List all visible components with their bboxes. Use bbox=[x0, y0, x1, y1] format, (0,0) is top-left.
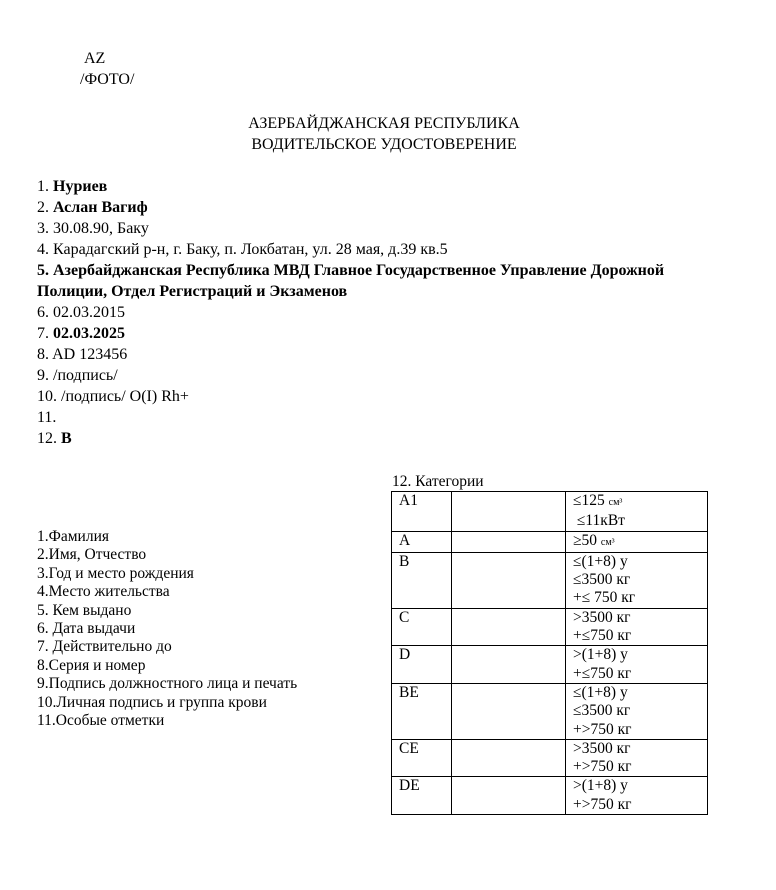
field-number: 10. bbox=[37, 388, 57, 405]
table-row: D>(1+8) у+≤750 кг bbox=[392, 646, 708, 684]
category-limit: +>750 кг bbox=[573, 758, 701, 776]
category-limits: ≤125 см³ ≤11кВт bbox=[566, 492, 708, 532]
field-number: 7. bbox=[37, 325, 49, 342]
category-note bbox=[452, 492, 566, 532]
field-value: Нуриев bbox=[53, 178, 107, 195]
field-issuer: 5. Азербайджанская Республика МВД Главно… bbox=[37, 260, 687, 302]
category-limit: ≤125 см³ bbox=[573, 492, 701, 512]
field-number: 1. bbox=[37, 178, 49, 195]
legend-item: 10.Личная подпись и группа крови bbox=[37, 694, 297, 712]
category-limit: >3500 кг bbox=[573, 609, 701, 627]
table-row: BE≤(1+8) у≤3500 кг+>750 кг bbox=[392, 683, 708, 739]
title-line-country: АЗЕРБАЙДЖАНСКАЯ РЕСПУБЛИКА bbox=[0, 113, 768, 134]
category-limit: +>750 кг bbox=[573, 796, 701, 814]
field-issue-date: 6. 02.03.2015 bbox=[37, 302, 687, 323]
document-title: АЗЕРБАЙДЖАНСКАЯ РЕСПУБЛИКА ВОДИТЕЛЬСКОЕ … bbox=[0, 113, 768, 155]
categories-heading: 12. Категории bbox=[392, 473, 484, 491]
category-limits: >3500 кг+≤750 кг bbox=[566, 608, 708, 646]
field-valid-until: 7. 02.03.2025 bbox=[37, 323, 687, 344]
limit-value: ≤(1+8) у bbox=[573, 553, 628, 570]
category-note bbox=[452, 646, 566, 684]
category-code: B bbox=[392, 552, 452, 608]
category-limit: >(1+8) у bbox=[573, 646, 701, 664]
limit-value: +>750 кг bbox=[573, 796, 632, 813]
category-limit: +≤750 кг bbox=[573, 665, 701, 683]
legend-item: 2.Имя, Отчество bbox=[37, 546, 297, 564]
limit-value: >(1+8) у bbox=[573, 646, 628, 663]
field-surname: 1. Нуриев bbox=[37, 176, 687, 197]
category-limit: ≤(1+8) у bbox=[573, 553, 701, 571]
limit-value: +>750 кг bbox=[573, 758, 632, 775]
limit-value: ≤11кВт bbox=[573, 512, 625, 529]
legend-item: 7. Действительно до bbox=[37, 638, 297, 656]
limit-value: >(1+8) у bbox=[573, 777, 628, 794]
field-given-names: 2. Аслан Вагиф bbox=[37, 197, 687, 218]
title-line-document: ВОДИТЕЛЬСКОЕ УДОСТОВЕРЕНИЕ bbox=[0, 134, 768, 155]
category-limits: >(1+8) у+≤750 кг bbox=[566, 646, 708, 684]
legend-item: 6. Дата выдачи bbox=[37, 620, 297, 638]
legend-item: 5. Кем выдано bbox=[37, 602, 297, 620]
category-limit: ≥50 см³ bbox=[573, 532, 701, 552]
country-code: AZ bbox=[84, 48, 105, 69]
category-note bbox=[452, 777, 566, 815]
category-code: CE bbox=[392, 739, 452, 777]
legend-item: 11.Особые отметки bbox=[37, 712, 297, 730]
legend-item: 4.Место жительства bbox=[37, 583, 297, 601]
field-value: /подпись/ bbox=[53, 367, 118, 384]
legend-item: 9.Подпись должностного лица и печать bbox=[37, 675, 297, 693]
category-code: C bbox=[392, 608, 452, 646]
field-number: 5. bbox=[37, 262, 49, 279]
field-value: 02.03.2015 bbox=[53, 304, 125, 321]
field-number: 4. bbox=[37, 241, 49, 258]
category-limit: >3500 кг bbox=[573, 740, 701, 758]
category-note bbox=[452, 683, 566, 739]
field-residence: 4. Карадагский р-н, г. Баку, п. Локбатан… bbox=[37, 239, 687, 260]
category-limits: ≤(1+8) у≤3500 кг+≤ 750 кг bbox=[566, 552, 708, 608]
field-value: B bbox=[61, 430, 72, 447]
field-value: 02.03.2025 bbox=[53, 325, 125, 342]
category-code: D bbox=[392, 646, 452, 684]
legend-item: 3.Год и место рождения bbox=[37, 565, 297, 583]
limit-unit: см³ bbox=[601, 537, 615, 548]
limit-value: >3500 кг bbox=[573, 740, 631, 757]
limit-value: ≤3500 кг bbox=[573, 702, 630, 719]
field-signature-blood: 10. /подпись/ O(I) Rh+ bbox=[37, 386, 687, 407]
legend-item: 1.Фамилия bbox=[37, 528, 297, 546]
limit-unit: см³ bbox=[609, 497, 623, 508]
category-code: BE bbox=[392, 683, 452, 739]
field-value: Азербайджанская Республика МВД Главное Г… bbox=[37, 262, 664, 300]
categories-table-body: A1≤125 см³ ≤11кВтA≥50 см³B≤(1+8) у≤3500 … bbox=[392, 492, 708, 815]
table-row: C>3500 кг+≤750 кг bbox=[392, 608, 708, 646]
category-code: DE bbox=[392, 777, 452, 815]
table-row: B≤(1+8) у≤3500 кг+≤ 750 кг bbox=[392, 552, 708, 608]
table-row: CE>3500 кг+>750 кг bbox=[392, 739, 708, 777]
field-number: 12. bbox=[37, 430, 57, 447]
category-code: A bbox=[392, 531, 452, 552]
category-limit: ≤(1+8) у bbox=[573, 684, 701, 702]
field-number: 8. bbox=[37, 346, 49, 363]
category-note bbox=[452, 608, 566, 646]
category-limits: >3500 кг+>750 кг bbox=[566, 739, 708, 777]
limit-value: ≤125 bbox=[573, 492, 609, 509]
field-value: AD 123456 bbox=[52, 346, 127, 363]
limit-value: ≤(1+8) у bbox=[573, 684, 628, 701]
legend-item: 8.Серия и номер bbox=[37, 657, 297, 675]
field-value: Карадагский р-н, г. Баку, п. Локбатан, у… bbox=[53, 241, 448, 258]
limit-value: +>750 кг bbox=[573, 721, 632, 738]
field-official-signature: 9. /подпись/ bbox=[37, 365, 687, 386]
field-value: Аслан Вагиф bbox=[53, 199, 148, 216]
table-row: A1≤125 см³ ≤11кВт bbox=[392, 492, 708, 532]
category-limits: ≥50 см³ bbox=[566, 531, 708, 552]
field-number: 3. bbox=[37, 220, 49, 237]
field-number: 2. bbox=[37, 199, 49, 216]
field-special-notes: 11. bbox=[37, 407, 687, 428]
limit-value: +≤750 кг bbox=[573, 665, 631, 682]
limit-value: +≤750 кг bbox=[573, 627, 631, 644]
category-note bbox=[452, 531, 566, 552]
category-limit: +≤ 750 кг bbox=[573, 589, 701, 607]
category-code: A1 bbox=[392, 492, 452, 532]
limit-value: ≥50 bbox=[573, 532, 601, 549]
category-limits: ≤(1+8) у≤3500 кг+>750 кг bbox=[566, 683, 708, 739]
field-number: 11. bbox=[37, 409, 56, 426]
field-number: 9. bbox=[37, 367, 49, 384]
field-value: /подпись/ O(I) Rh+ bbox=[61, 388, 189, 405]
field-series-number: 8. AD 123456 bbox=[37, 344, 687, 365]
category-limit: ≤3500 кг bbox=[573, 571, 701, 589]
category-note bbox=[452, 552, 566, 608]
field-legend: 1.Фамилия 2.Имя, Отчество 3.Год и место … bbox=[37, 528, 297, 730]
category-limit: >(1+8) у bbox=[573, 777, 701, 795]
limit-value: ≤3500 кг bbox=[573, 571, 630, 588]
limit-value: >3500 кг bbox=[573, 609, 631, 626]
table-row: A≥50 см³ bbox=[392, 531, 708, 552]
category-limit: ≤3500 кг bbox=[573, 702, 701, 720]
category-note bbox=[452, 739, 566, 777]
category-limits: >(1+8) у+>750 кг bbox=[566, 777, 708, 815]
field-categories: 12. B bbox=[37, 428, 687, 449]
field-birth: 3. 30.08.90, Баку bbox=[37, 218, 687, 239]
field-number: 6. bbox=[37, 304, 49, 321]
category-limit: ≤11кВт bbox=[573, 512, 701, 530]
categories-table: A1≤125 см³ ≤11кВтA≥50 см³B≤(1+8) у≤3500 … bbox=[391, 491, 708, 815]
category-limit: +>750 кг bbox=[573, 721, 701, 739]
field-value: 30.08.90, Баку bbox=[53, 220, 149, 237]
table-row: DE>(1+8) у+>750 кг bbox=[392, 777, 708, 815]
limit-value: +≤ 750 кг bbox=[573, 589, 635, 606]
license-fields: 1. Нуриев 2. Аслан Вагиф 3. 30.08.90, Ба… bbox=[37, 176, 687, 449]
category-limit: +≤750 кг bbox=[573, 627, 701, 645]
photo-placeholder: /ФОТО/ bbox=[80, 69, 134, 90]
